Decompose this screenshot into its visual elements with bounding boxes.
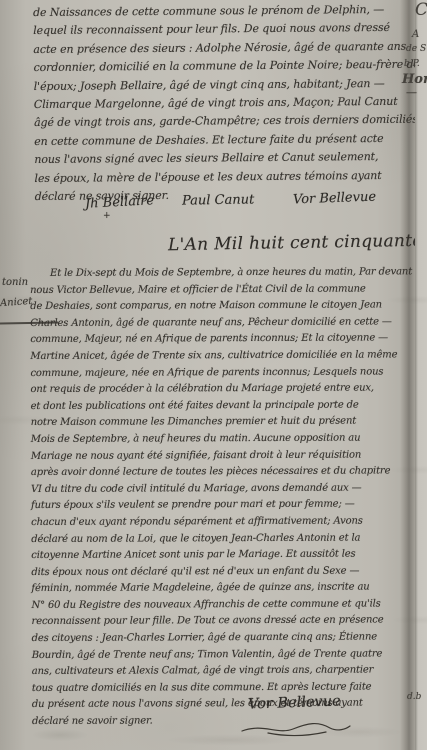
manuscript-line: commune, Majeur, né en Afrique de parent… bbox=[30, 331, 408, 349]
manuscript-line: nous Victor Bellevue, Maire et officier … bbox=[30, 281, 408, 299]
manuscript-line: commune, majeure, née en Afrique de pare… bbox=[30, 364, 408, 382]
book-gutter-shadow bbox=[400, 0, 415, 750]
manuscript-line: chacun d'eux ayant répondu séparément et… bbox=[31, 513, 409, 531]
gutter-fragment: Hor bbox=[402, 72, 427, 87]
margin-note-anicet: Anicet bbox=[0, 296, 33, 309]
manuscript-line: déclaré au nom de la Loi, que le citoyen… bbox=[31, 530, 409, 548]
signature-cross-mark: + bbox=[103, 211, 111, 221]
manuscript-line: dits époux nous ont déclaré qu'il est né… bbox=[31, 563, 409, 581]
margin-note-antonin: tonin bbox=[2, 277, 28, 288]
signature-flourish bbox=[238, 721, 353, 737]
manuscript-line: tous quatre domiciliés en la sus dite co… bbox=[32, 679, 410, 697]
manuscript-line: de Deshaies, sont comparus, en notre Mai… bbox=[30, 298, 408, 316]
manuscript-page: de Naissances de cette commune sous le p… bbox=[0, 0, 427, 750]
act2-heading: L'An Mil huit cent cinquante bbox=[168, 231, 423, 255]
manuscript-line: après avoir donné lecture de toutes les … bbox=[31, 463, 409, 481]
act1-text-block: de Naissances de cette commune sous le p… bbox=[33, 1, 409, 207]
manuscript-line: ont requis de procéder à la célébration … bbox=[31, 381, 409, 399]
manuscript-line: Martine Anicet, âgée de Trente six ans, … bbox=[30, 347, 408, 365]
manuscript-line: N° 60 du Registre des nouveaux Affranchi… bbox=[31, 596, 409, 614]
manuscript-line: féminin, nommée Marie Magdeleine, âgée d… bbox=[31, 580, 409, 598]
act2-text-block: Et le Dix-sept du Mois de Septembre, à o… bbox=[30, 264, 410, 730]
gutter-fragment: C bbox=[415, 0, 427, 20]
manuscript-line: reconnaissent pour leur fille. De Tout c… bbox=[32, 613, 410, 631]
manuscript-line: les époux, la mère de l'épouse et les de… bbox=[34, 166, 408, 188]
gutter-fragment: b.P. bbox=[404, 59, 420, 69]
manuscript-line: déclaré ne savoir signer. bbox=[32, 712, 410, 730]
manuscript-line: ans, cultivateurs et Alexis Calmat, âgé … bbox=[32, 663, 410, 681]
manuscript-line: Mois de Septembre, à neuf heures du mati… bbox=[31, 430, 409, 448]
facing-page-edge bbox=[415, 0, 427, 750]
signature-bellevue: Vor Bellevue bbox=[293, 190, 377, 208]
signature-bellaire: Jh Bellaire bbox=[85, 193, 155, 212]
manuscript-line: Bourdin, âgé de Trente neuf ans; Timon V… bbox=[32, 646, 410, 664]
gutter-fragment: d.b bbox=[407, 692, 421, 702]
manuscript-line: notre Maison commune les Dimanches premi… bbox=[31, 414, 409, 432]
manuscript-line: citoyenne Martine Anicet sont unis par l… bbox=[31, 546, 409, 564]
manuscript-line: futurs époux s'ils veulent se prendre po… bbox=[31, 497, 409, 515]
signature-bellevue-final: Vor Bellevue bbox=[248, 693, 341, 712]
gutter-fragment: — bbox=[406, 86, 417, 99]
gutter-fragment: de S bbox=[406, 44, 426, 54]
signature-canut: Paul Canut bbox=[182, 192, 255, 208]
manuscript-line: et dont les publications ont été faites … bbox=[31, 397, 409, 415]
manuscript-line: VI du titre du code civil intitulé du Ma… bbox=[31, 480, 409, 498]
manuscript-line: du présent acte nous l'avons signé seul,… bbox=[32, 696, 410, 714]
manuscript-line: des citoyens : Jean-Charles Lorrier, âgé… bbox=[32, 629, 410, 647]
manuscript-line: Charles Antonin, âgé de quarante neuf an… bbox=[30, 314, 408, 332]
act1-signatures: Jh Bellaire Paul Canut Vor Bellevue + bbox=[0, 193, 427, 223]
manuscript-line: Mariage ne nous ayant été signifiée, fai… bbox=[31, 447, 409, 465]
manuscript-line: Et le Dix-sept du Mois de Septembre, à o… bbox=[30, 264, 408, 282]
gutter-fragment: A bbox=[412, 29, 419, 40]
